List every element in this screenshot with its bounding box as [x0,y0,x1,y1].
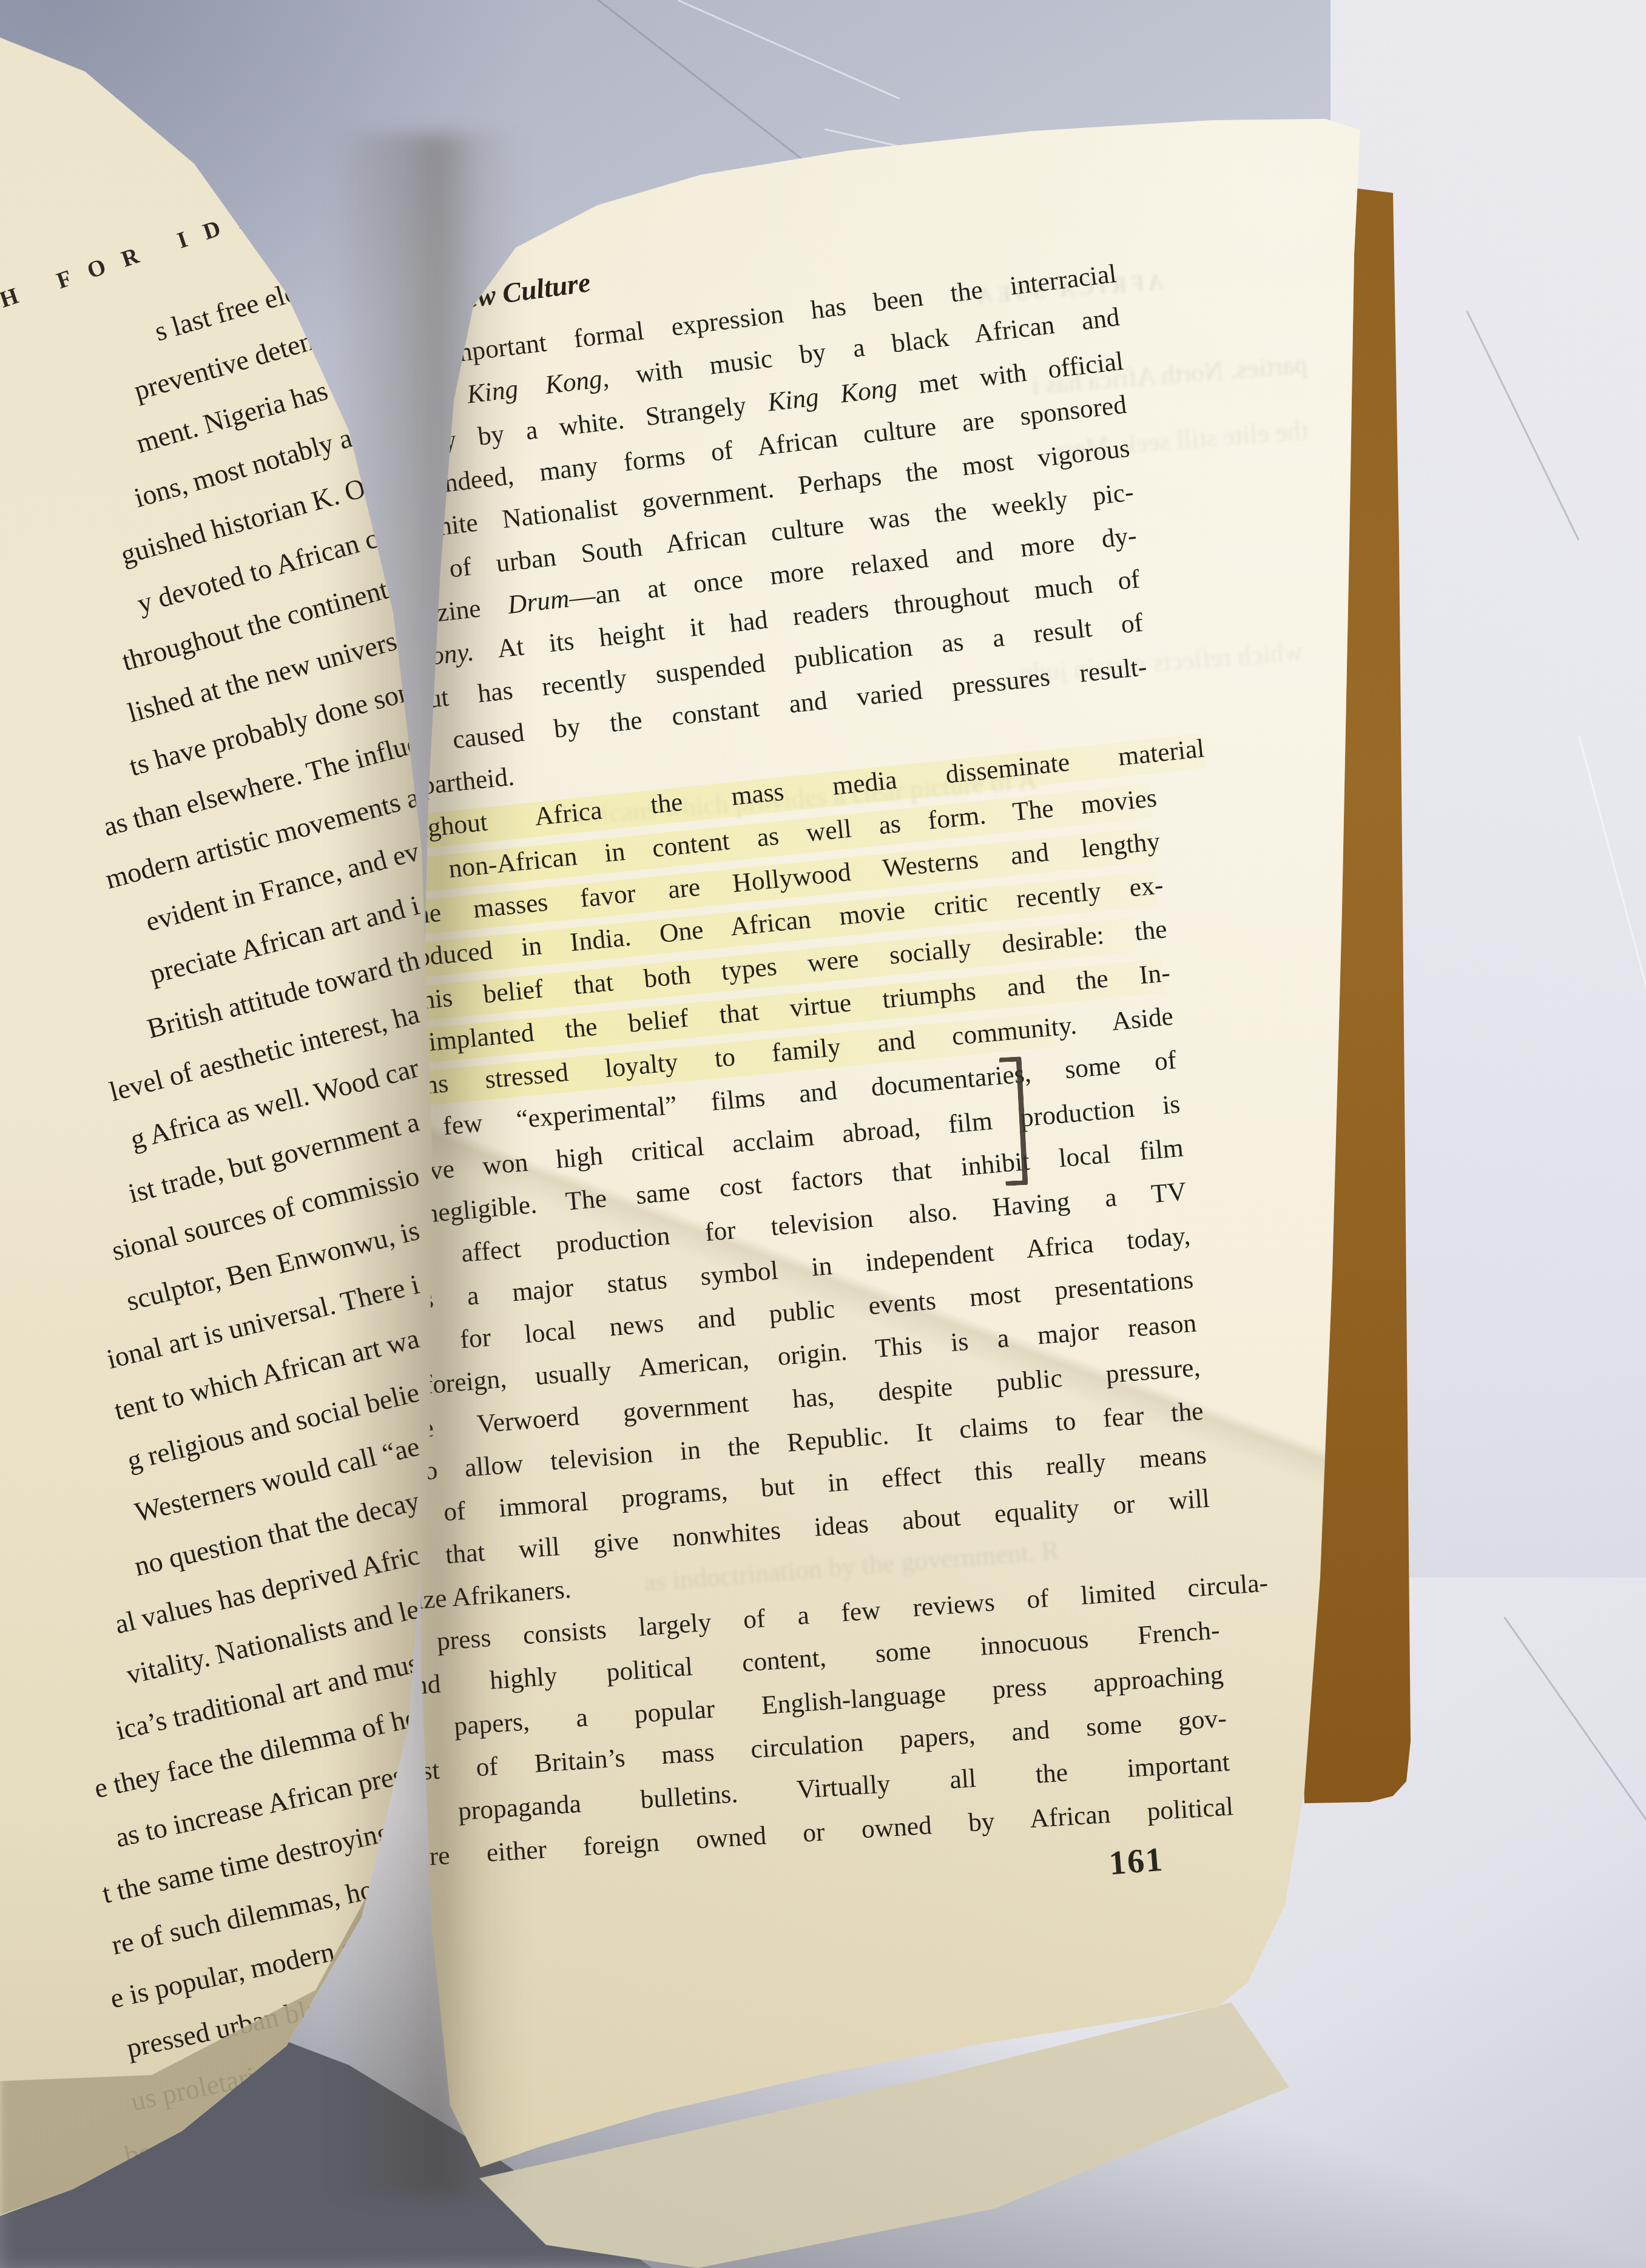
page-number: 161 [1108,1840,1165,1883]
photo-open-book: A F R I C A ' S S E Aparties. North Afri… [0,0,1646,2268]
